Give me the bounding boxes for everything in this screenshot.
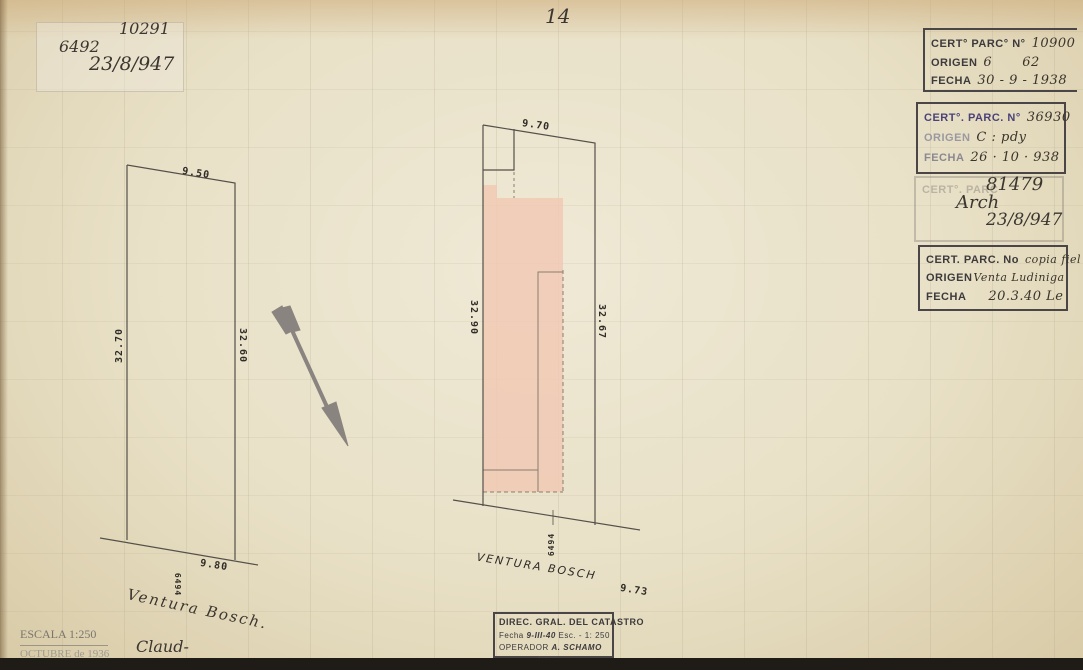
left-lot-number: 6494 bbox=[173, 573, 182, 596]
right-left-side: 32.90 bbox=[468, 300, 479, 335]
right-plot-building bbox=[483, 172, 563, 492]
operador-value: A. SCHAMO bbox=[552, 643, 602, 652]
scale-divider bbox=[20, 645, 108, 646]
fecha-value: 9-III-40 bbox=[526, 631, 555, 640]
left-plot-outline bbox=[100, 165, 258, 565]
left-left-side: 32.70 bbox=[114, 328, 125, 363]
scale-label: ESCALA 1:250 bbox=[20, 627, 96, 642]
catastro-title: DIREC. GRAL. DEL CATASTRO bbox=[499, 617, 644, 627]
catastro-stamp: DIREC. GRAL. DEL CATASTRO Fecha 9-III-40… bbox=[493, 612, 614, 658]
right-right-side: 32.67 bbox=[596, 304, 607, 339]
left-right-side: 32.60 bbox=[237, 328, 248, 363]
cadastral-plan-sheet: 14 6492 10291 23/8/947 CERT° PARC° N°109… bbox=[0, 0, 1083, 670]
scan-edge bbox=[0, 658, 1083, 670]
right-lot-number: 6494 bbox=[547, 533, 556, 556]
escala-label: Esc. - 1: 250 bbox=[559, 631, 610, 640]
fecha-label: Fecha bbox=[499, 631, 524, 640]
signature: Claud- bbox=[136, 637, 189, 656]
north-arrow-icon bbox=[272, 306, 348, 446]
operador-label: OPERADOR bbox=[499, 643, 549, 652]
